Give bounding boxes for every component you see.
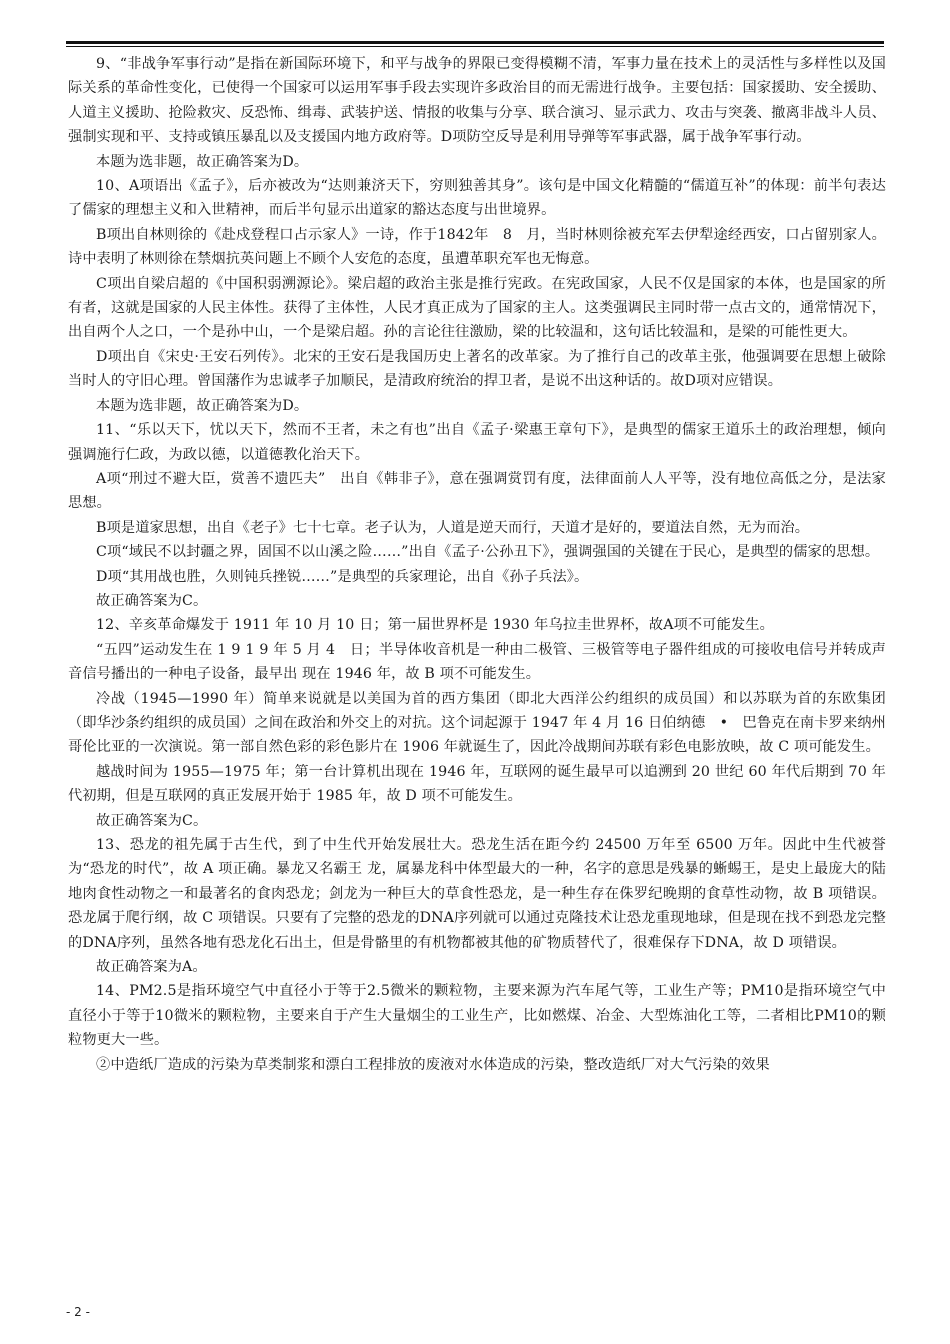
paragraph-q10-answer: 本题为选非题，故正确答案为D。 (68, 394, 886, 418)
paragraph-q10-option-a: 10、A项语出《孟子》，后亦被改为“达则兼济天下，穷则独善其身”。该句是中国文化… (68, 174, 886, 223)
paragraph-q11-answer: 故正确答案为C。 (68, 589, 886, 613)
paragraph-q11-option-a: A项“刑过不避大臣，赏善不遗匹夫” 出自《韩非子》，意在强调赏罚有度，法律面前人… (68, 467, 886, 516)
paragraph-q12-option-b: “五四”运动发生在 1 9 1 9 年 5 月 4 日；半导体收音机是一种由二极… (68, 638, 886, 687)
header-rule-thick (66, 41, 884, 44)
document-body: 9、“非战争军事行动”是指在新国际环境下，和平与战争的界限已变得模糊不清，军事力… (68, 52, 886, 1077)
paragraph-q12-option-c: 冷战（1945—1990 年）简单来说就是以美国为首的西方集团（即北大西洋公约组… (68, 687, 886, 760)
paragraph-q9-explanation: 9、“非战争军事行动”是指在新国际环境下，和平与战争的界限已变得模糊不清，军事力… (68, 52, 886, 150)
paragraph-q12-answer: 故正确答案为C。 (68, 809, 886, 833)
paragraph-q12-option-d: 越战时间为 1955—1975 年；第一台计算机出现在 1946 年，互联网的诞… (68, 760, 886, 809)
paragraph-q11-option-d: D项“其用战也胜，久则钝兵挫锐……”是典型的兵家理论，出自《孙子兵法》。 (68, 565, 886, 589)
paragraph-q10-option-d: D项出自《宋史·王安石列传》。北宋的王安石是我国历史上著名的改革家。为了推行自己… (68, 345, 886, 394)
page-number: - 2 - (66, 1305, 90, 1319)
paragraph-q12-option-a: 12、辛亥革命爆发于 1911 年 10 月 10 日；第一届世界杯是 1930… (68, 613, 886, 637)
paragraph-q11-option-b: B项是道家思想，出自《老子》七十七章。老子认为，人道是逆天而行，天道才是好的，要… (68, 516, 886, 540)
paragraph-q10-option-b: B项出自林则徐的《赴戍登程口占示家人》一诗，作于1842年 8 月，当时林则徐被… (68, 223, 886, 272)
paragraph-q14-item-2: ②中造纸厂造成的污染为草类制浆和漂白工程排放的废液对水体造成的污染，整改造纸厂对… (68, 1053, 886, 1077)
paragraph-q13-answer: 故正确答案为A。 (68, 955, 886, 979)
paragraph-q11-intro: 11、“乐以天下，忧以天下，然而不王者，未之有也”出自《孟子·梁惠王章句下》，是… (68, 418, 886, 467)
paragraph-q9-answer: 本题为选非题，故正确答案为D。 (68, 150, 886, 174)
paragraph-q14-pm-intro: 14、PM2.5是指环境空气中直径小于等于2.5微米的颗粒物，主要来源为汽车尾气… (68, 979, 886, 1052)
header-rule-thin (66, 46, 884, 47)
paragraph-q11-option-c: C项“域民不以封疆之界，固国不以山溪之险……”出自《孟子·公孙丑下》，强调强国的… (68, 540, 886, 564)
paragraph-q10-option-c: C项出自梁启超的《中国积弱溯源论》。梁启超的政治主张是推行宪政。在宪政国家，人民… (68, 272, 886, 345)
paragraph-q13-explanation: 13、恐龙的祖先属于古生代，到了中生代开始发展壮大。恐龙生活在距今约 24500… (68, 833, 886, 955)
